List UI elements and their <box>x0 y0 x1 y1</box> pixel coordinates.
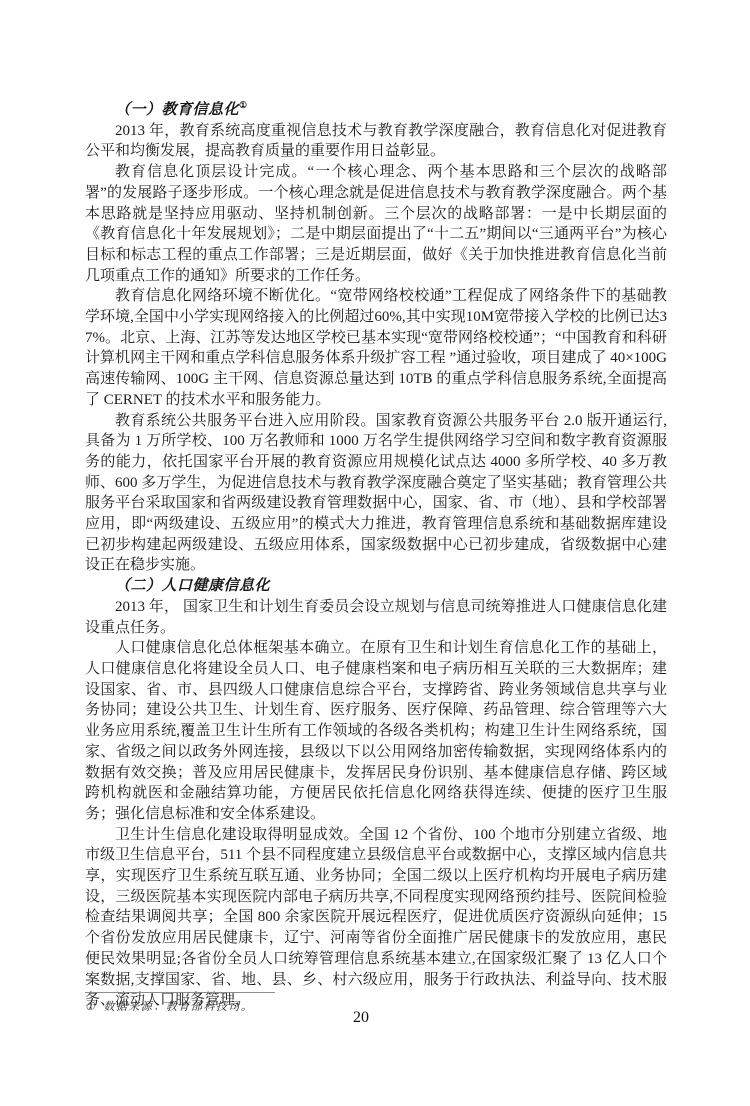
section-heading-health-text: （二）人口健康信息化 <box>115 578 270 594</box>
footnote-separator <box>85 992 275 993</box>
section-heading-health: （二）人口健康信息化 <box>85 576 667 597</box>
footnote-ref-marker: ① <box>239 100 248 110</box>
paragraph-top-level-design: 教育信息化顶层设计完成。“一个核心理念、两个基本思路和三个层次的战略部署”的发展… <box>85 162 667 286</box>
paragraph-network-environment: 教育信息化网络环境不断优化。“宽带网络校校通”工程促成了网络条件下的基础教学环境… <box>85 286 667 410</box>
page-number: 20 <box>0 1008 722 1028</box>
section-heading-education: （一）教育信息化① <box>85 100 667 121</box>
paragraph-public-service-platform: 教育系统公共服务平台进入应用阶段。国家教育资源公共服务平台 2.0 版开通运行,… <box>85 411 667 577</box>
paragraph-education-overview: 2013 年，教育系统高度重视信息技术与教育教学深度融合，教育信息化对促进教育公… <box>85 121 667 162</box>
document-page: （一）教育信息化① 2013 年，教育系统高度重视信息技术与教育教学深度融合，教… <box>0 0 750 1106</box>
section-heading-education-text: （一）教育信息化 <box>115 102 239 118</box>
document-body: （一）教育信息化① 2013 年，教育系统高度重视信息技术与教育教学深度融合，教… <box>85 100 667 1011</box>
paragraph-health-overview: 2013 年， 国家卫生和计划生育委员会设立规划与信息司统筹推进人口健康信息化建… <box>85 597 667 638</box>
paragraph-health-achievements: 卫生计生信息化建设取得明显成效。全国 12 个省份、100 个地市分别建立省级、… <box>85 825 667 1011</box>
paragraph-health-framework: 人口健康信息化总体框架基本确立。在原有卫生和计划生育信息化工作的基础上，人口健康… <box>85 638 667 824</box>
